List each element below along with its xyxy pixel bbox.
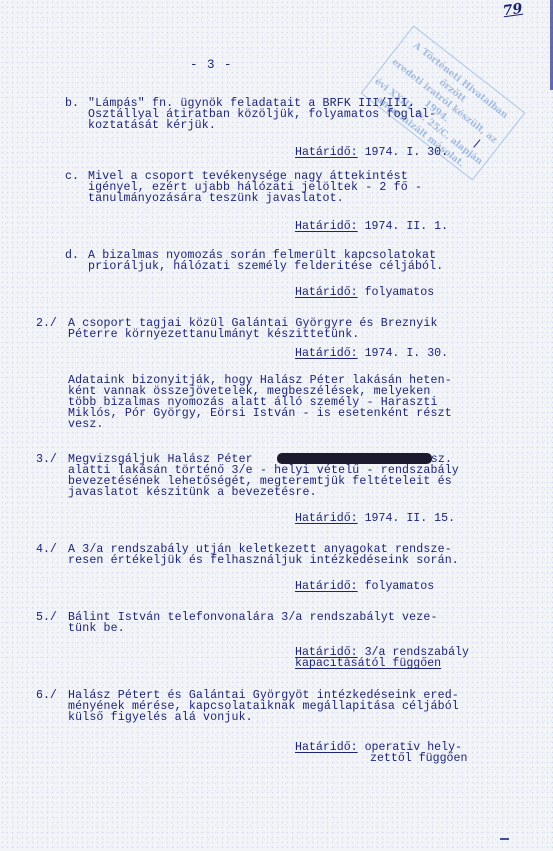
- item-label: 3./: [36, 454, 57, 465]
- item-label: b.: [65, 98, 79, 109]
- deadline-c: Határidő: 1974. II. 1.: [295, 221, 448, 232]
- deadline-label: Határidő:: [295, 286, 358, 299]
- item-b-text: "Lámpás" fn. ügynök feladatait a BRFK II…: [88, 98, 436, 131]
- deadline-2: Határidő: 1974. I. 30.: [295, 348, 448, 359]
- deadline-value-cont: zettől függően: [370, 752, 467, 765]
- item-5-text: Bálint István telefonvonalára 3/a rendsz…: [68, 612, 438, 634]
- deadline-3: Határidő: 1974. II. 15.: [295, 513, 455, 524]
- document-page: 79 - 3 - A Történeti Hivatalban őrzött e…: [0, 0, 553, 851]
- deadline-d: Határidő: folyamatos: [295, 287, 434, 298]
- item-4-text: A 3/a rendszabály utján keletkezett anya…: [68, 544, 459, 566]
- item-label: 4./: [36, 544, 57, 555]
- deadline-value: folyamatos: [365, 286, 435, 299]
- deadline-6: Határidő: operativ hely-zettől függően: [295, 742, 467, 764]
- item-2-text: A csoport tagjai közül Galántai Györgyre…: [68, 318, 438, 340]
- item-label: 5./: [36, 612, 57, 623]
- deadline-value: 1974. I. 30.: [365, 146, 449, 159]
- deadline-value: 1974. II. 1.: [365, 220, 449, 233]
- deadline-label: Határidő:: [295, 512, 358, 525]
- item-6-text: Halász Pétert és Galántai Györgyöt intéz…: [68, 690, 459, 723]
- page-number: - 3 -: [190, 58, 233, 72]
- ink-speck: [500, 838, 509, 840]
- deadline-label: Határidő:: [295, 347, 358, 360]
- deadline-b: Határidő: 1974. I. 30.: [295, 147, 448, 158]
- deadline-label: Határidő:: [295, 741, 358, 754]
- item-label: c.: [65, 171, 79, 182]
- item-2-note: Adataink bizonyitják, hogy Halász Péter …: [68, 375, 452, 430]
- deadline-value: 1974. I. 30.: [365, 347, 449, 360]
- deadline-value-cont: kapacitásától függően: [295, 657, 441, 670]
- item-label: d.: [65, 250, 79, 261]
- deadline-label: Határidő:: [295, 146, 358, 159]
- deadline-label: Határidő:: [295, 580, 358, 593]
- item-d-text: A bizalmas nyomozás során felmerült kapc…: [88, 250, 443, 272]
- deadline-value: 1974. II. 15.: [365, 512, 455, 525]
- deadline-4: Határidő: folyamatos: [295, 581, 434, 592]
- deadline-value: folyamatos: [365, 580, 435, 593]
- deadline-5: Határidő: 3/a rendszabálykapacitásától f…: [295, 647, 469, 669]
- item-label: 2./: [36, 318, 57, 329]
- item-c-text: Mivel a csoport tevékenysége nagy átteki…: [88, 171, 422, 204]
- deadline-label: Határidő:: [295, 220, 358, 233]
- item-label: 6./: [36, 690, 57, 701]
- redaction-bar: [277, 453, 432, 464]
- handwritten-folio-number: 79: [502, 1, 524, 20]
